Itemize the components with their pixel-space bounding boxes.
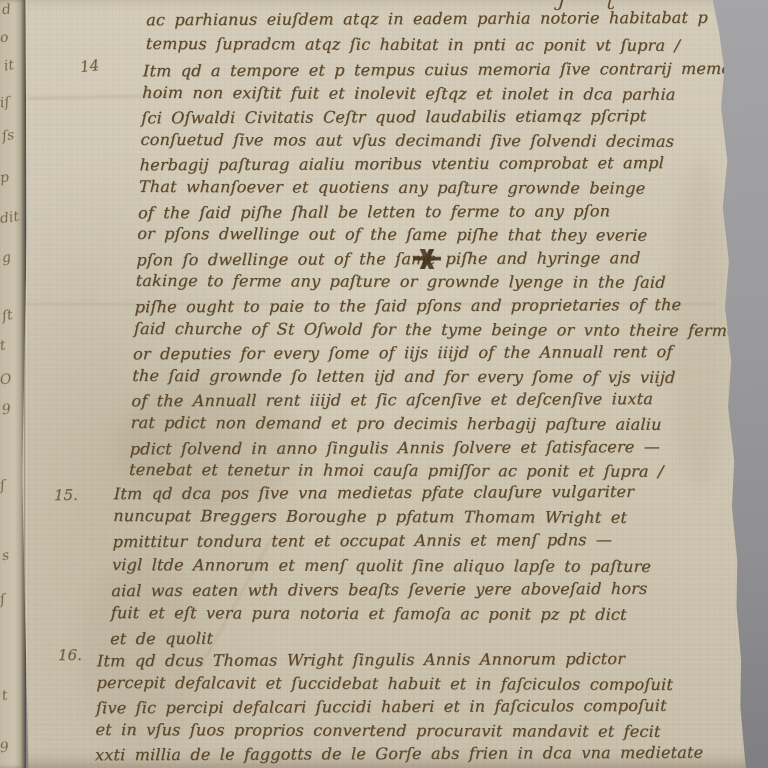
- text-line: of the ſaid piſhe ſhall be letten to fer…: [138, 198, 758, 224]
- text-line: ſaid churche of St Oſwold for the tyme b…: [134, 316, 754, 342]
- paragraph-item-16: Itm qd dcus Thomas Wright ſingulis Annis…: [95, 648, 706, 766]
- paragraph-preamble: ac parhianus eiuſdem atqz in eadem parhi…: [146, 6, 737, 58]
- text-line: et in vſus ſuos proprios convertend proc…: [95, 718, 704, 744]
- ink-fragment: ſs: [1, 127, 15, 145]
- ink-fragment: 9: [0, 739, 10, 756]
- text-line: of the Annuall rent iiijd et ſic aſcenſi…: [131, 387, 751, 413]
- text-line: ſci Oſwaldi Civitatis Ceſtr quod laudabi…: [141, 104, 761, 130]
- text-line: Itm qd a tempore et p tempus cuius memor…: [143, 57, 763, 83]
- text-line: pmittitur tondura tent et occupat Annis …: [112, 528, 652, 555]
- margin-number-15: 15.: [54, 486, 78, 504]
- text-line: herbagij paſturag aialiu moribus vtentiu…: [139, 151, 759, 177]
- ink-fragment: ſ: [0, 478, 6, 495]
- margin-number-16: 16.: [58, 646, 82, 664]
- margin-number-14: 14: [79, 56, 100, 76]
- text-line: rat pdict non demand et pro decimis herb…: [130, 411, 750, 437]
- ink-fragment: 9: [1, 401, 12, 418]
- ink-fragment: d: [1, 1, 12, 18]
- ink-fragment: t: [0, 338, 7, 355]
- text-line: tempus ſupradcm atqz ſic habitat in pnti…: [146, 31, 737, 59]
- text-line: takinge to ferme any paſture or grownde …: [135, 269, 755, 295]
- text-line: percepit defalcavit et ſuccidebat habuit…: [96, 671, 705, 697]
- text-line: piſhe ought to paie to the ſaid pſons an…: [134, 293, 754, 319]
- text-line: vigl ltde Annorum et menſ quolit ſine al…: [112, 553, 652, 579]
- photograph-of-manuscript: d o it iſ ſs p dit g ſt t O 9 ſ s ſ t 9 …: [0, 0, 768, 768]
- text-line: or pſons dwellinge out of the ſame piſhe…: [137, 222, 757, 248]
- text-line: xxti millia de le faggotts de le Gorſe a…: [95, 741, 704, 767]
- ink-fragment: o: [0, 29, 10, 46]
- text-line: conſuetud ſive mos aut vſus decimandi ſi…: [140, 128, 760, 154]
- text-line: nuncupat Breggers Boroughe p pfatum Thom…: [113, 504, 653, 530]
- ink-fragment: it: [3, 57, 15, 74]
- ink-fragment: dit: [0, 209, 20, 227]
- paragraph-item-15: Itm qd dca pos ſive vna medietas pfate c…: [110, 481, 653, 650]
- ink-fragment: iſ: [0, 94, 11, 111]
- manuscript-page: ʃ ʅ 14 15. 16. ac parhianus eiuſdem atqz…: [0, 0, 768, 768]
- text-line: That whanſoever et quotiens any paſture …: [138, 175, 758, 201]
- ink-deletion-mark: [413, 249, 441, 269]
- text-line: pſon ſo dwellinge out of the ſame piſhe …: [136, 245, 756, 271]
- underlying-page-edge: d o it iſ ſs p dit g ſt t O 9 ſ s ſ t 9: [0, 0, 26, 768]
- ink-fragment: g: [1, 249, 12, 266]
- ink-fragment: s: [1, 548, 10, 565]
- text-line: Itm qd dcus Thomas Wright ſingulis Annis…: [97, 647, 706, 673]
- ink-fragment: ſ: [0, 592, 6, 609]
- text-line: pdict ſolvend in anno ſingulis Annis ſol…: [129, 434, 749, 460]
- text-line: Itm qd dca pos ſive vna medietas pfate c…: [114, 480, 654, 507]
- text-line: aial was eaten wth divers beaſts ſeverie…: [111, 577, 651, 604]
- ink-fragment: t: [1, 688, 9, 705]
- text-line: the ſaid grownde ſo letten ijd and for e…: [132, 364, 752, 390]
- ink-fragment: ſt: [1, 307, 14, 324]
- text-line: ac parhianus eiuſdem atqz in eadem parhi…: [146, 5, 737, 34]
- paragraph-item-14: Itm qd a tempore et p tempus cuius memor…: [129, 58, 763, 483]
- text-line: ſive ſic percipi defalcari ſuccidi haber…: [96, 694, 705, 720]
- text-line: or deputies for every ſome of iijs iiijd…: [133, 340, 753, 366]
- text-line: fuit et eſt vera pura notoria et famoſa …: [110, 601, 650, 627]
- text-line: hoim non exiſtit fuit et inolevit eſtqz …: [142, 81, 762, 107]
- ink-fragment: O: [0, 371, 13, 388]
- ink-fragment: p: [0, 169, 10, 186]
